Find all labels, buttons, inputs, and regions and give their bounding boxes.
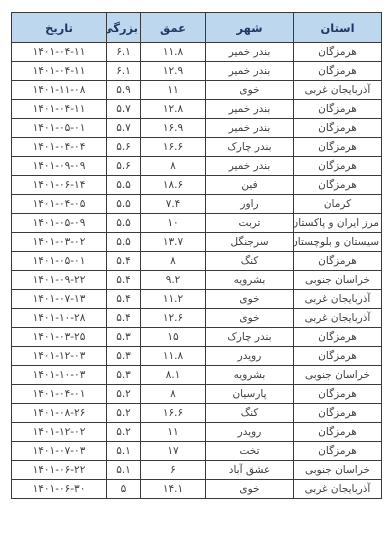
table-row: سیستان و بلوچستانسرجنگل۱۳.۷۵.۵۱۴۰۱-۰۳-۰۲: [12, 233, 382, 252]
cell-depth: ۱۱.۸: [141, 347, 206, 366]
table-row: خراسان جنوبیعشق آباد۶۵.۱۱۴۰۱-۰۶-۲۲: [12, 461, 382, 480]
table-row: کرمانراور۷.۴۵.۵۱۴۰۱-۰۴-۰۵: [12, 195, 382, 214]
cell-city: کنگ: [206, 252, 294, 271]
cell-date: ۱۴۰۱-۰۴-۰۴: [12, 138, 107, 157]
cell-magnitude-value: ۵.۹: [116, 84, 131, 96]
cell-magnitude-value: ۵.۶: [116, 141, 131, 153]
cell-city: بندر خمیر: [206, 119, 294, 138]
cell-province: هرمزگان: [294, 119, 382, 138]
cell-province: آذربایجان غربی: [294, 480, 382, 499]
cell-magnitude: ۵.۱: [107, 442, 141, 461]
cell-date-value: ۱۴۰۱-۰۳-۲۵: [33, 331, 86, 343]
cell-depth: ۷.۴: [141, 195, 206, 214]
cell-date-value: ۱۴۰۱-۰۵-۰۱: [33, 255, 86, 267]
cell-depth: ۱۱.۲: [141, 290, 206, 309]
cell-depth: ۱۸.۶: [141, 176, 206, 195]
cell-city: سرجنگل: [206, 233, 294, 252]
cell-magnitude-value: ۵.۶: [116, 160, 131, 172]
cell-depth-value: ۱۳.۷: [163, 236, 183, 248]
cell-depth: ۸.۱: [141, 366, 206, 385]
cell-magnitude: ۵.۶: [107, 157, 141, 176]
table-row: هرمزگانفین۱۸.۶۵.۵۱۴۰۱-۰۶-۱۴: [12, 176, 382, 195]
cell-depth-value: ۹.۲: [166, 274, 181, 286]
cell-date: ۱۴۰۱-۰۳-۲۵: [12, 328, 107, 347]
cell-date-value: ۱۴۰۱-۱۰-۰۳: [33, 369, 86, 381]
cell-magnitude: ۵.۴: [107, 309, 141, 328]
cell-date: ۱۴۰۱-۰۷-۰۳: [12, 442, 107, 461]
cell-province: هرمزگان: [294, 62, 382, 81]
cell-depth-value: ۸: [170, 255, 176, 267]
cell-depth-value: ۱۸.۶: [163, 179, 183, 191]
cell-magnitude: ۵.۵: [107, 195, 141, 214]
table-row: آذربایجان غربیخوی۱۱.۲۵.۴۱۴۰۱-۰۷-۱۳: [12, 290, 382, 309]
table-row: هرمزگانبندر خمیر۸۵.۶۱۴۰۱-۰۹-۰۹: [12, 157, 382, 176]
cell-magnitude-value: ۵.۴: [116, 293, 131, 305]
cell-city: خوی: [206, 290, 294, 309]
cell-magnitude-value: ۶.۱: [116, 46, 131, 58]
table-row: آذربایجان غربیخوی۱۱۵.۹۱۴۰۱-۱۱-۰۸: [12, 81, 382, 100]
cell-magnitude: ۵.۴: [107, 290, 141, 309]
cell-magnitude: ۵.۲: [107, 404, 141, 423]
table-body: هرمزگانبندر خمیر۱۱.۸۶.۱۱۴۰۱-۰۴-۱۱هرمزگان…: [12, 43, 382, 499]
cell-magnitude: ۵.۶: [107, 138, 141, 157]
cell-magnitude-value: ۵.۲: [116, 426, 131, 438]
cell-date-value: ۱۴۰۱-۰۴-۱۱: [33, 65, 86, 77]
cell-date-value: ۱۴۰۱-۱۲-۰۳: [33, 350, 86, 362]
cell-magnitude-value: ۵.۴: [116, 255, 131, 267]
cell-city: عشق آباد: [206, 461, 294, 480]
cell-magnitude-value: ۵.۷: [116, 122, 131, 134]
header-date: تاریخ: [12, 13, 107, 43]
table-row: آذربایجان غربیخوی۱۲.۶۵.۴۱۴۰۱-۱۰-۲۸: [12, 309, 382, 328]
cell-date-value: ۱۴۰۱-۰۷-۰۳: [33, 445, 86, 457]
cell-date: ۱۴۰۱-۰۵-۰۹: [12, 214, 107, 233]
cell-depth-value: ۶: [170, 464, 176, 476]
cell-depth: ۱۱: [141, 81, 206, 100]
cell-date: ۱۴۰۱-۰۵-۰۱: [12, 119, 107, 138]
cell-date-value: ۱۴۰۱-۰۴-۰۵: [33, 198, 86, 210]
cell-magnitude-value: ۵.۵: [116, 236, 131, 248]
cell-depth: ۱۷: [141, 442, 206, 461]
cell-date-value: ۱۴۰۱-۰۷-۱۳: [33, 293, 86, 305]
cell-city: خوی: [206, 81, 294, 100]
table-row: خراسان جنوبیبشرویه۸.۱۵.۳۱۴۰۱-۱۰-۰۳: [12, 366, 382, 385]
cell-magnitude: ۶.۱: [107, 62, 141, 81]
cell-magnitude-value: ۵.۴: [116, 312, 131, 324]
cell-date: ۱۴۰۱-۰۶-۳۰: [12, 480, 107, 499]
cell-magnitude: ۵.۵: [107, 233, 141, 252]
cell-depth: ۱۶.۶: [141, 138, 206, 157]
table-row: مرز ایران و پاکستانتربت۱۰۵.۵۱۴۰۱-۰۵-۰۹: [12, 214, 382, 233]
cell-date: ۱۴۰۱-۰۳-۰۲: [12, 233, 107, 252]
cell-depth-value: ۸.۱: [166, 369, 181, 381]
cell-province: هرمزگان: [294, 423, 382, 442]
table-header-row: استان شهر عمق بزرگی تاریخ: [12, 13, 382, 43]
cell-province: مرز ایران و پاکستان: [294, 214, 382, 233]
cell-date: ۱۴۰۱-۰۶-۲۲: [12, 461, 107, 480]
cell-magnitude: ۵.۲: [107, 423, 141, 442]
cell-date-value: ۱۴۰۱-۰۹-۰۹: [33, 160, 86, 172]
cell-magnitude: ۵.۴: [107, 252, 141, 271]
cell-depth-value: ۱۲.۸: [163, 103, 183, 115]
cell-province: آذربایجان غربی: [294, 81, 382, 100]
cell-depth-value: ۱۱.۸: [163, 46, 183, 58]
cell-magnitude: ۵.۵: [107, 176, 141, 195]
cell-date-value: ۱۴۰۱-۰۴-۱۱: [33, 46, 86, 58]
cell-province: هرمزگان: [294, 252, 382, 271]
cell-date-value: ۱۴۰۱-۰۴-۰۴: [33, 141, 86, 153]
cell-magnitude: ۵.۳: [107, 366, 141, 385]
cell-province: سیستان و بلوچستان: [294, 233, 382, 252]
cell-magnitude-value: ۵.۳: [116, 350, 131, 362]
cell-depth: ۱۲.۶: [141, 309, 206, 328]
cell-province: هرمزگان: [294, 442, 382, 461]
cell-city: رویدر: [206, 347, 294, 366]
cell-depth: ۶: [141, 461, 206, 480]
cell-date-value: ۱۴۰۱-۰۵-۰۱: [33, 122, 86, 134]
cell-depth-value: ۱۷: [167, 445, 178, 457]
cell-magnitude: ۵: [107, 480, 141, 499]
cell-city: بشرویه: [206, 366, 294, 385]
cell-date-value: ۱۴۰۱-۱۲-۰۲: [33, 426, 86, 438]
table-row: هرمزگانبندر خمیر۱۱.۸۶.۱۱۴۰۱-۰۴-۱۱: [12, 43, 382, 62]
cell-magnitude: ۵.۵: [107, 214, 141, 233]
cell-city: پارسیان: [206, 385, 294, 404]
cell-depth-value: ۸: [170, 388, 176, 400]
cell-province: خراسان جنوبی: [294, 271, 382, 290]
cell-depth-value: ۱۶.۹: [163, 122, 183, 134]
header-magnitude: بزرگی: [107, 13, 141, 43]
cell-depth-value: ۱۶.۶: [163, 141, 183, 153]
cell-magnitude-value: ۵.۴: [116, 274, 131, 286]
cell-depth-value: ۱۱: [167, 84, 178, 96]
cell-depth-value: ۱۵: [167, 331, 178, 343]
cell-date: ۱۴۰۱-۰۷-۱۳: [12, 290, 107, 309]
cell-magnitude-value: ۵.۲: [116, 407, 131, 419]
cell-province: هرمزگان: [294, 176, 382, 195]
cell-province: هرمزگان: [294, 347, 382, 366]
cell-date-value: ۱۴۰۱-۰۶-۳۰: [33, 483, 86, 495]
cell-date-value: ۱۴۰۱-۱۱-۰۸: [33, 84, 86, 96]
cell-city: بشرویه: [206, 271, 294, 290]
cell-depth-value: ۸: [170, 160, 176, 172]
cell-city: بندر چارک: [206, 328, 294, 347]
cell-date: ۱۴۰۱-۱۱-۰۸: [12, 81, 107, 100]
cell-depth: ۱۶.۹: [141, 119, 206, 138]
cell-depth-value: ۱۱.۲: [163, 293, 183, 305]
table-row: هرمزگانرویدر۱۱.۸۵.۳۱۴۰۱-۱۲-۰۳: [12, 347, 382, 366]
cell-magnitude-value: ۵.۲: [116, 388, 131, 400]
cell-depth: ۱۲.۹: [141, 62, 206, 81]
cell-date: ۱۴۰۱-۱۰-۰۳: [12, 366, 107, 385]
cell-province: آذربایجان غربی: [294, 290, 382, 309]
cell-province: هرمزگان: [294, 328, 382, 347]
cell-date: ۱۴۰۱-۰۹-۰۹: [12, 157, 107, 176]
cell-magnitude: ۵.۳: [107, 328, 141, 347]
cell-depth: ۱۳.۷: [141, 233, 206, 252]
cell-depth-value: ۱۴.۱: [163, 483, 183, 495]
header-province: استان: [294, 13, 382, 43]
cell-city: تخت: [206, 442, 294, 461]
cell-province: خراسان جنوبی: [294, 461, 382, 480]
cell-province: هرمزگان: [294, 404, 382, 423]
cell-magnitude-value: ۵.۵: [116, 198, 131, 210]
cell-province: کرمان: [294, 195, 382, 214]
cell-date-value: ۱۴۰۱-۰۹-۲۲: [33, 274, 86, 286]
table-row: هرمزگانبندر خمیر۱۶.۹۵.۷۱۴۰۱-۰۵-۰۱: [12, 119, 382, 138]
cell-date: ۱۴۰۱-۰۴-۰۵: [12, 195, 107, 214]
cell-depth: ۸: [141, 385, 206, 404]
table-row: هرمزگانبندر چارک۱۵۵.۳۱۴۰۱-۰۳-۲۵: [12, 328, 382, 347]
cell-city: خوی: [206, 309, 294, 328]
cell-magnitude-value: ۵.۵: [116, 217, 131, 229]
cell-depth: ۸: [141, 252, 206, 271]
cell-city: بندر خمیر: [206, 62, 294, 81]
header-depth: عمق: [141, 13, 206, 43]
table-row: آذربایجان غربیخوی۱۴.۱۵۱۴۰۱-۰۶-۳۰: [12, 480, 382, 499]
cell-date: ۱۴۰۱-۰۵-۰۱: [12, 252, 107, 271]
table-row: هرمزگانتخت۱۷۵.۱۱۴۰۱-۰۷-۰۳: [12, 442, 382, 461]
cell-depth: ۸: [141, 157, 206, 176]
cell-magnitude: ۵.۱: [107, 461, 141, 480]
cell-date: ۱۴۰۱-۱۲-۰۲: [12, 423, 107, 442]
header-city: شهر: [206, 13, 294, 43]
cell-date-value: ۱۴۰۱-۰۴-۰۱: [33, 388, 86, 400]
cell-depth: ۱۰: [141, 214, 206, 233]
cell-date: ۱۴۰۱-۰۴-۱۱: [12, 100, 107, 119]
cell-date: ۱۴۰۱-۱۰-۲۸: [12, 309, 107, 328]
cell-city: بندر خمیر: [206, 100, 294, 119]
cell-city: فین: [206, 176, 294, 195]
cell-city: بندر خمیر: [206, 157, 294, 176]
earthquake-table: استان شهر عمق بزرگی تاریخ هرمزگانبندر خم…: [11, 12, 382, 499]
cell-depth: ۱۱.۸: [141, 43, 206, 62]
cell-date: ۱۴۰۱-۰۴-۰۱: [12, 385, 107, 404]
cell-date-value: ۱۴۰۱-۰۵-۰۹: [33, 217, 86, 229]
cell-depth-value: ۱۲.۶: [163, 312, 183, 324]
cell-magnitude-value: ۵.۱: [116, 464, 131, 476]
cell-depth-value: ۱۲.۹: [163, 65, 183, 77]
cell-date-value: ۱۴۰۱-۰۶-۱۴: [33, 179, 86, 191]
cell-magnitude-value: ۶.۱: [116, 65, 131, 77]
cell-depth: ۱۲.۸: [141, 100, 206, 119]
cell-province: آذربایجان غربی: [294, 309, 382, 328]
cell-magnitude: ۵.۴: [107, 271, 141, 290]
cell-city: کنگ: [206, 404, 294, 423]
earthquake-table-page: استان شهر عمق بزرگی تاریخ هرمزگانبندر خم…: [0, 0, 392, 535]
cell-magnitude-value: ۵: [121, 483, 127, 495]
table-row: هرمزگانبندر خمیر۱۲.۸۵.۷۱۴۰۱-۰۴-۱۱: [12, 100, 382, 119]
cell-city: بندر خمیر: [206, 43, 294, 62]
cell-depth: ۱۵: [141, 328, 206, 347]
cell-magnitude: ۵.۷: [107, 119, 141, 138]
cell-province: هرمزگان: [294, 100, 382, 119]
table-row: خراسان جنوبیبشرویه۹.۲۵.۴۱۴۰۱-۰۹-۲۲: [12, 271, 382, 290]
cell-province: هرمزگان: [294, 157, 382, 176]
cell-depth: ۹.۲: [141, 271, 206, 290]
table-row: هرمزگانپارسیان۸۵.۲۱۴۰۱-۰۴-۰۱: [12, 385, 382, 404]
cell-magnitude: ۶.۱: [107, 43, 141, 62]
cell-province: هرمزگان: [294, 43, 382, 62]
cell-depth-value: ۷.۴: [166, 198, 181, 210]
cell-magnitude: ۵.۳: [107, 347, 141, 366]
cell-date-value: ۱۴۰۱-۱۰-۲۸: [33, 312, 86, 324]
cell-magnitude: ۵.۷: [107, 100, 141, 119]
cell-date: ۱۴۰۱-۰۹-۲۲: [12, 271, 107, 290]
table-row: هرمزگانبندر چارک۱۶.۶۵.۶۱۴۰۱-۰۴-۰۴: [12, 138, 382, 157]
cell-province: هرمزگان: [294, 385, 382, 404]
cell-city: بندر چارک: [206, 138, 294, 157]
table-row: هرمزگانبندر خمیر۱۲.۹۶.۱۱۴۰۱-۰۴-۱۱: [12, 62, 382, 81]
cell-depth: ۱۶.۶: [141, 404, 206, 423]
cell-magnitude-value: ۵.۷: [116, 103, 131, 115]
cell-magnitude-value: ۵.۱: [116, 445, 131, 457]
cell-date: ۱۴۰۱-۰۸-۲۶: [12, 404, 107, 423]
cell-province: هرمزگان: [294, 138, 382, 157]
table-row: هرمزگانکنگ۱۶.۶۵.۲۱۴۰۱-۰۸-۲۶: [12, 404, 382, 423]
cell-date-value: ۱۴۰۱-۰۴-۱۱: [33, 103, 86, 115]
cell-depth-value: ۱۰: [167, 217, 178, 229]
cell-magnitude: ۵.۹: [107, 81, 141, 100]
cell-date: ۱۴۰۱-۱۲-۰۳: [12, 347, 107, 366]
cell-date: ۱۴۰۱-۰۶-۱۴: [12, 176, 107, 195]
cell-city: خوی: [206, 480, 294, 499]
table-row: هرمزگانرویدر۱۱۵.۲۱۴۰۱-۱۲-۰۲: [12, 423, 382, 442]
cell-magnitude: ۵.۲: [107, 385, 141, 404]
cell-magnitude-value: ۵.۳: [116, 369, 131, 381]
cell-city: راور: [206, 195, 294, 214]
cell-date-value: ۱۴۰۱-۰۳-۰۲: [33, 236, 86, 248]
cell-province: خراسان جنوبی: [294, 366, 382, 385]
cell-city: تربت: [206, 214, 294, 233]
cell-date-value: ۱۴۰۱-۰۶-۲۲: [33, 464, 86, 476]
cell-date: ۱۴۰۱-۰۴-۱۱: [12, 43, 107, 62]
cell-depth-value: ۱۶.۶: [163, 407, 183, 419]
cell-city: رویدر: [206, 423, 294, 442]
cell-date: ۱۴۰۱-۰۴-۱۱: [12, 62, 107, 81]
table-row: هرمزگانکنگ۸۵.۴۱۴۰۱-۰۵-۰۱: [12, 252, 382, 271]
cell-depth: ۱۱: [141, 423, 206, 442]
cell-date-value: ۱۴۰۱-۰۸-۲۶: [33, 407, 86, 419]
cell-depth-value: ۱۱: [167, 426, 178, 438]
cell-depth-value: ۱۱.۸: [163, 350, 183, 362]
cell-magnitude-value: ۵.۳: [116, 331, 131, 343]
cell-magnitude-value: ۵.۵: [116, 179, 131, 191]
cell-depth: ۱۴.۱: [141, 480, 206, 499]
